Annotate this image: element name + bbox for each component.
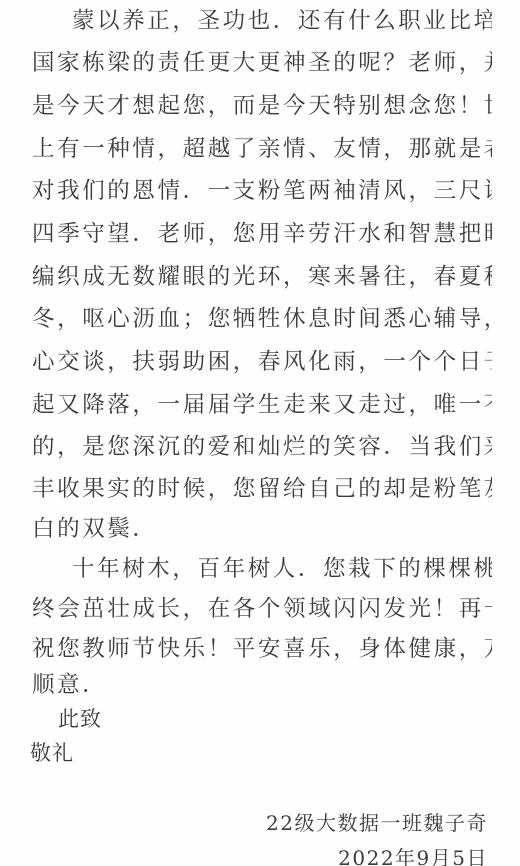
signature-date: 2022年9月5日 — [338, 843, 488, 866]
letter-page: 蒙以养正，圣功也．还有什么职业比培养 国家栋梁的责任更大更神圣的呢？老师，并不 … — [0, 0, 520, 866]
letter-line: 的，是您深沉的爱和灿烂的笑容．当我们采摘 — [32, 430, 492, 464]
letter-line: 白的双鬓． — [32, 512, 492, 546]
letter-line: 十年树木，百年树人．您栽下的棵棵桃李 — [72, 552, 492, 586]
closing-regards: 敬礼 — [30, 738, 74, 768]
letter-line: 终会茁壮成长，在各个领域闪闪发光！再一次 — [32, 592, 492, 626]
signature-author: 22级大数据一班魏子奇 — [266, 808, 488, 838]
letter-line: 编织成无数耀眼的光环，寒来暑往，春夏秋 — [32, 260, 492, 294]
letter-line: 对我们的恩情．一支粉笔两袖清风，三尺讲台 — [32, 174, 492, 208]
letter-line: 蒙以养正，圣功也．还有什么职业比培养 — [72, 4, 492, 38]
letter-line: 祝您教师节快乐！平安喜乐，身体健康，万事 — [32, 632, 492, 666]
closing-salutation: 此致 — [58, 704, 102, 734]
letter-line: 冬，呕心沥血；您牺牲休息时间悉心辅导，耐 — [32, 302, 492, 336]
letter-line: 起又降落，一届届学生走来又走过，唯一不变 — [32, 388, 492, 422]
letter-line: 心交谈，扶弱助困，春风化雨，一个个日子升 — [32, 345, 492, 379]
letter-line: 是今天才想起您，而是今天特别想念您！世界 — [32, 89, 492, 123]
letter-line: 顺意． — [32, 668, 492, 702]
letter-line: 国家栋梁的责任更大更神圣的呢？老师，并不 — [32, 46, 492, 80]
letter-line: 上有一种情，超越了亲情、友情，那就是老师 — [32, 132, 492, 166]
letter-line: 丰收果实的时候，您留给自己的却是粉笔灰染 — [32, 472, 492, 506]
letter-line: 四季守望．老师，您用辛劳汗水和智慧把时间 — [32, 217, 492, 251]
